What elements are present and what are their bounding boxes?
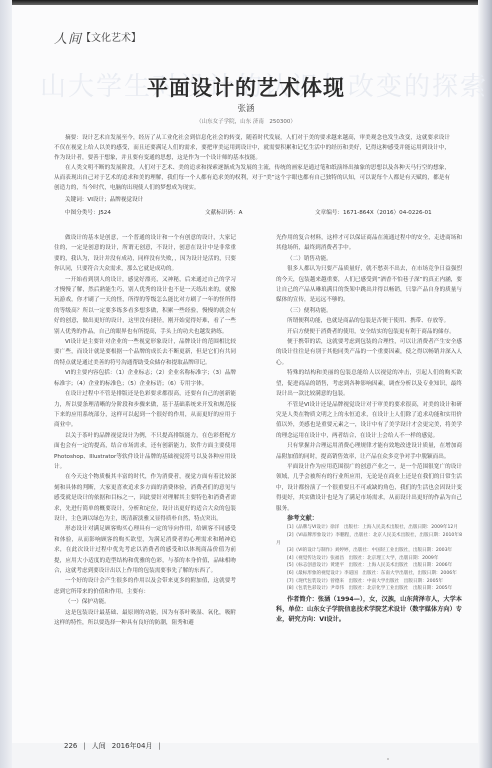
body-paragraph: 一开始看到别人的设计，感觉好漂亮，又神秘，后来通过自己的学习才慢慢了解，然后熟能…: [54, 275, 236, 337]
section-label: 【文化艺术】: [81, 29, 141, 44]
article-number: 文章编号：1671-864X（2016）04-0226-01: [315, 208, 432, 216]
body-paragraph: 不管是VI设计还是品牌视觉设计对于审美的要求很高，对美的设计和研究是人类在物质文…: [276, 400, 462, 442]
footer-journal: 人间: [92, 741, 106, 751]
body-paragraph: 以关于茶叶的品牌视觉设计为例，不只提高排版能力，在色彩搭配方面也会有一定的提高，…: [54, 431, 236, 473]
scan-left-gutter: [0, 0, 12, 768]
author-bio: 作者简介：张涵（1994—），女，汉族，山东菏泽市人，大学本科，单位：山东女子学…: [276, 595, 462, 625]
body-paragraph: 平面设计作为应用范围很广的创意产业之一，是一个范围很宽广的设计领域，几乎会被所有…: [276, 462, 462, 514]
body-paragraph: 很多人都认为只要产品质量好，就不愁卖不出去，在市场竞争日益强烈的今天，包装越来越…: [276, 264, 462, 306]
abstract: 摘要：设计艺术自发展至今，经历了从工业化社会到信息化社会的转变，随着时代发展，人…: [54, 133, 450, 193]
reference-item: [6]《最标形象的视觉设计》李道国 出版社：东南大学出版社，出版日期：2006年: [276, 570, 462, 578]
footer-separator: |: [158, 742, 160, 750]
footer-separator: |: [83, 742, 85, 750]
body-paragraph: 在今天这个物质极其丰富的时代，作为消费者，视觉方面有着比较深刻和具体的判断，大家…: [54, 472, 236, 524]
body-paragraph: 只有掌握并合理运用消费心理规律才能有效地改进设计质量，在增加商品附加值的同时，提…: [276, 441, 462, 462]
author-affiliation: （山东女子学院，山东 济南 250300）: [0, 117, 492, 125]
scan-right-binding-shadow: [478, 0, 492, 768]
document-code: 文献标识码：A: [205, 208, 242, 216]
body-paragraph: 一个好的设计会产生很多的作用以及会带来更多的附加值，这就要考虑到它所带来的价值和…: [54, 576, 236, 597]
article-author: 张涵: [0, 102, 492, 114]
body-paragraph: 形态设计对满足顾客购买心理具有一定的导向作用，给顾客不同感受和体验，从而影响顾客…: [54, 524, 236, 576]
abstract-paragraph: 摘要：设计艺术自发展至今，经历了从工业化社会到信息化社会的转变，随着时代发展，人…: [54, 133, 450, 163]
body-paragraph: 特殊的结构和美丽的包装总能给人以视觉的冲击，引起人们的购买欲望，促进商品的销售，…: [276, 368, 462, 399]
body-paragraph: 光作用的复合材料，这样才可以保证商品在流通过程中的安全，走进商场和其他场所，最终…: [276, 233, 462, 254]
body-paragraph: 所谓便利功能，也就是商品的包装是否便于使用、携带、存放等。: [276, 316, 462, 326]
classification-number: 中图分类号：J524: [65, 208, 111, 216]
reference-item: [2]《VI品牌形象设计》李鹏程，出版社：北京人民美术出版社，出版日期：2010…: [276, 532, 462, 547]
scan-speck: [387, 758, 389, 760]
body-paragraph: VI设计是主要针对企业的一些视觉形象设计，品牌设计的范围相比较要广些，而设计就是…: [54, 337, 236, 368]
references-heading: 参考文献：: [276, 514, 462, 524]
reference-item: [3]《VI的设计与制作》刘婷婷，出版社：中国轻工业出版社，出版日期：2003年: [276, 547, 462, 555]
page-number: 226: [64, 742, 77, 750]
subheading: （二）销售功能。: [276, 254, 462, 264]
page-footer: 226 | 人间 2016年04月 |: [64, 741, 161, 751]
body-paragraph: VI的主要内容包括：（1）企业标志；（2）企业名称标准字；（3）品牌标准字；（4…: [54, 368, 236, 389]
abstract-paragraph: 在人类文明不断的发展阶段，人们对于艺术、美的追求和探索逐渐成为发展的主流，传统的…: [54, 163, 450, 193]
body-paragraph: 这是包装设计最基础、最原则的功能，因为有茶叶吸湿、氧化，吸附这样的特性，所以要选…: [54, 608, 236, 629]
journal-logo: 人间: [54, 28, 82, 47]
body-column-left: 做设计的基本是创意，一个普通的设计和一个有创意的设计，大家记住的，一定是创意的设…: [54, 233, 236, 628]
body-paragraph: 便于携带的话，这就要考虑到包装的合理性，可以让消费者产生安全感的设计往往是有别于…: [276, 337, 462, 368]
reference-item: [1]《品牌与VI设计》徐洋 出版社：上海人民美术出版社，出版日期：2009年1…: [276, 524, 462, 532]
body-paragraph: 在设计过程中不管是排版还是色彩要求都很高，还要有自己的创新能力，所以要条理清晰的…: [54, 389, 236, 431]
reference-item: [5]《标志创意设计》黄建平 出版社：上海人民美术出版社 出版日期：2006年: [276, 562, 462, 570]
keywords: 关键词：VI设计；品牌视觉设计: [65, 195, 143, 203]
reference-item: [4]《视觉传达设计》张福昌 出版社：北京理工大学，出版日期：2009年: [276, 555, 462, 563]
body-paragraph: 开启方便便于消费者的使用，安全结实的包装更有利于商品的储存。: [276, 327, 462, 337]
reference-item: [7]《现代包装设计》曾德来 出版社：中南大学出版社 出版日期：2005年: [276, 578, 462, 586]
footer-issue: 2016年04月: [112, 741, 153, 751]
article-title: 平面设计的艺术体现: [0, 72, 492, 102]
body-column-right: 光作用的复合材料，这样才可以保证商品在流通过程中的安全，走进商场和其他场所，最终…: [276, 233, 462, 625]
body-paragraph: 做设计的基本是创意，一个普通的设计和一个有创意的设计，大家记住的，一定是创意的设…: [54, 233, 236, 275]
subheading: （一）保护功能。: [54, 597, 236, 607]
subheading: （三）便利功能。: [276, 306, 462, 316]
reference-item: [8]《包装色彩设计》尹章伟 出版社：北京化学工业出版社 出版日期：2005年: [276, 585, 462, 593]
